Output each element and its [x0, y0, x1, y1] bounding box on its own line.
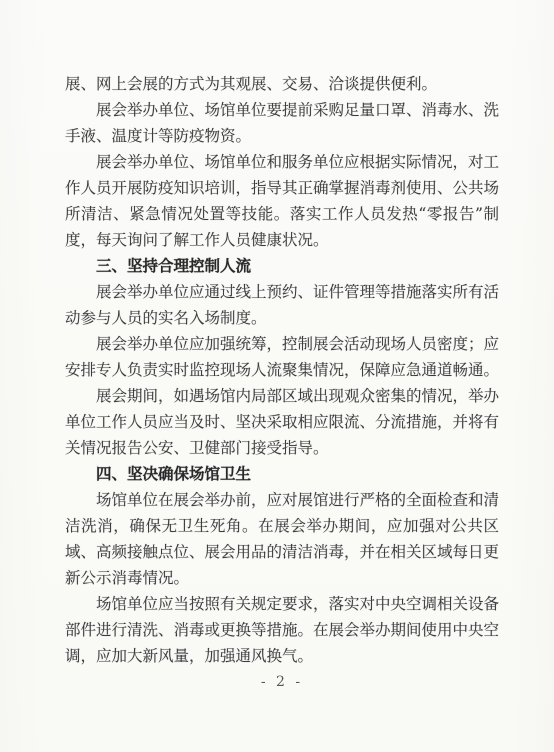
body-paragraph-density-control: 展会举办单位应加强统筹，控制展会活动现场人员密度；应安排专人负责实时监控现场人流… [65, 331, 499, 383]
page-number: - 2 - [65, 669, 499, 695]
body-paragraph-training: 展会举办单位、场馆单位和服务单位应根据实际情况，对工作人员开展防疫知识培训，指导… [65, 149, 499, 253]
scanned-document-page: 展、网上会展的方式为其观展、交易、洽谈提供便利。 展会举办单位、场馆单位要提前采… [0, 0, 554, 752]
body-paragraph-cleaning-disinfection: 场馆单位在展会举办前，应对展馆进行严格的全面检查和清洁洗消，确保无卫生死角。在展… [65, 487, 499, 591]
body-paragraph-continuation: 展、网上会展的方式为其观展、交易、洽谈提供便利。 [65, 71, 499, 97]
body-paragraph-supplies: 展会举办单位、场馆单位要提前采购足量口罩、消毒水、洗手液、温度计等防疫物资。 [65, 97, 499, 149]
section-heading-3-crowd-control: 三、坚持合理控制人流 [65, 253, 499, 279]
body-paragraph-flow-limiting: 展会期间，如遇场馆内局部区域出现观众密集的情况，举办单位工作人员应当及时、坚决采… [65, 383, 499, 461]
body-paragraph-realname-entry: 展会举办单位应通过线上预约、证件管理等措施落实所有活动参与人员的实名入场制度。 [65, 279, 499, 331]
body-paragraph-hvac: 场馆单位应当按照有关规定要求，落实对中央空调相关设备部件进行清洗、消毒或更换等措… [65, 591, 499, 669]
document-body: 展、网上会展的方式为其观展、交易、洽谈提供便利。 展会举办单位、场馆单位要提前采… [65, 71, 499, 695]
section-heading-4-venue-hygiene: 四、坚决确保场馆卫生 [65, 461, 499, 487]
